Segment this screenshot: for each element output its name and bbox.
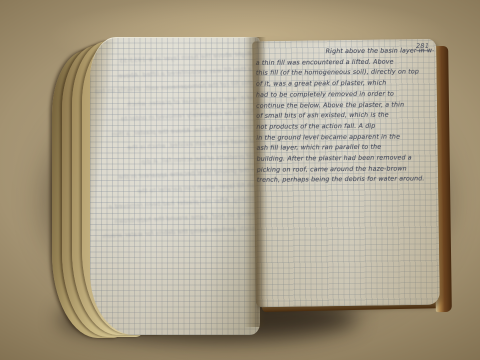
photo-scene: Right above the basin layer in w-1953-55… [0,0,480,360]
right-page: 281 Right above the basin layer in w-195… [252,39,440,308]
gutter-shadow [244,37,266,327]
handwriting-block: Right above the basin layer in w-1953-55… [256,46,435,187]
show-through-writing: Right above the basin layer in w-1953-55… [93,48,260,245]
handwriting-line: building. After the plaster had been rem… [257,153,435,165]
left-page: Right above the basin layer in w-1953-55… [90,37,260,335]
handwriting-line: trench, perhaps being the debris for wat… [257,175,435,187]
handwriting-line: this fill (of the homogeneous soil), dir… [256,68,434,80]
handwriting-line: Right above the basin layer in w-1953-55 [256,46,434,58]
